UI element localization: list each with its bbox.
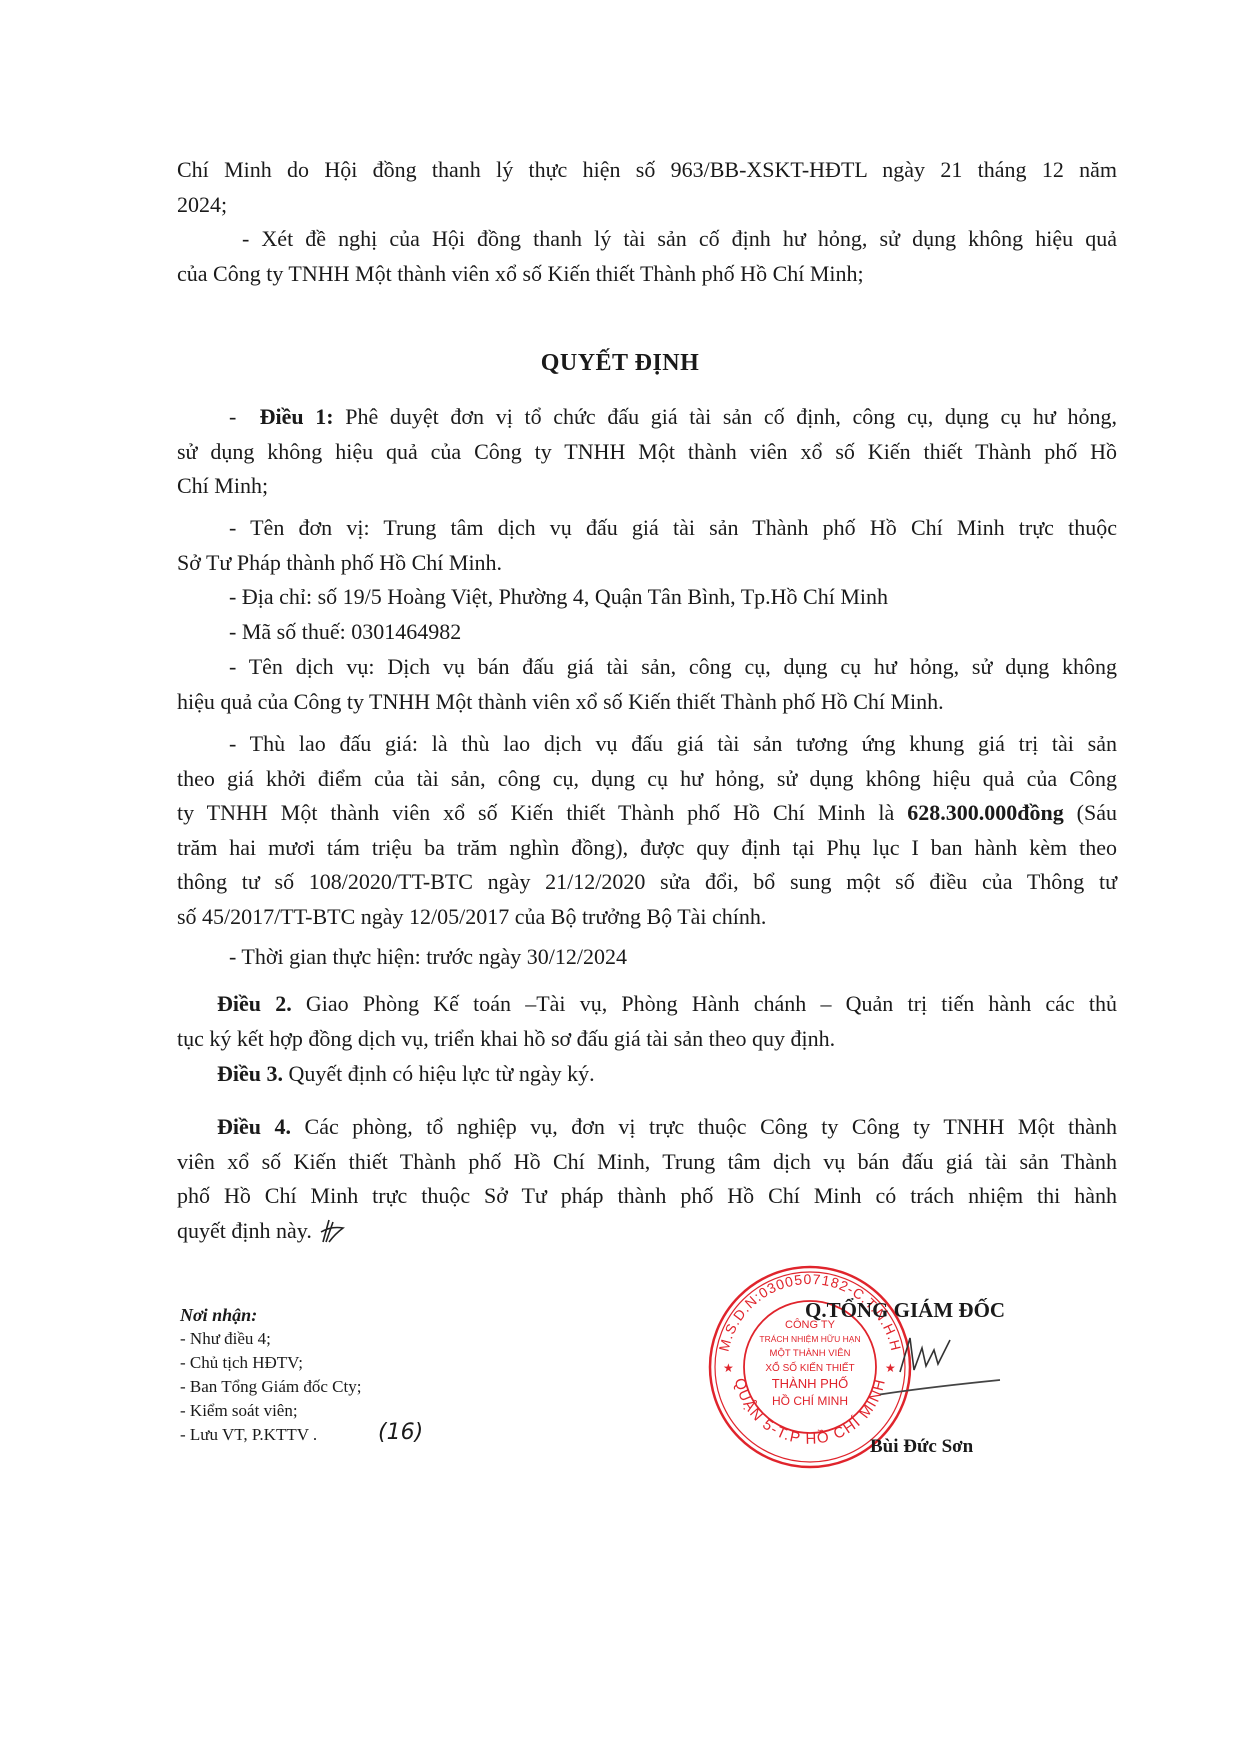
unit-name-line: Sở Tư Pháp thành phố Hồ Chí Minh. <box>177 546 1117 581</box>
article-3-text: Quyết định có hiệu lực từ ngày ký. <box>283 1061 595 1086</box>
unit-name: - Tên đơn vị: Trung tâm dịch vụ đấu giá … <box>177 511 1117 580</box>
auction-fee: - Thù lao đấu giá: là thù lao dịch vụ đấ… <box>177 727 1117 934</box>
document-page: Chí Minh do Hội đồng thanh lý thực hiện … <box>0 0 1240 1738</box>
article-2-text: Giao Phòng Kế toán –Tài vụ, Phòng Hành c… <box>292 991 1117 1016</box>
service-line: - Tên dịch vụ: Dịch vụ bán đấu giá tài s… <box>177 650 1117 685</box>
deadline-line: - Thời gian thực hiện: trước ngày 30/12/… <box>177 940 1117 975</box>
unit-address: - Địa chỉ: số 19/5 Hoàng Việt, Phường 4,… <box>177 580 1117 649</box>
intro-line: của Công ty TNHH Một thành viên xổ số Ki… <box>177 257 1117 292</box>
article-1-text: Phê duyệt đơn vị tổ chức đấu giá tài sản… <box>334 404 1117 429</box>
handwritten-signature-icon <box>880 1330 1030 1410</box>
receivers-heading: Nơi nhận: <box>180 1303 361 1327</box>
deadline: - Thời gian thực hiện: trước ngày 30/12/… <box>177 940 1117 975</box>
handwritten-copy-count: (16) <box>378 1420 423 1445</box>
svg-text:THÀNH PHỐ: THÀNH PHỐ <box>772 1376 849 1391</box>
svg-text:XỔ SỐ KIẾN THIẾT: XỔ SỐ KIẾN THIẾT <box>765 1360 854 1374</box>
article-4-line: quyết định này. <box>177 1218 312 1243</box>
fee-line: thông tư số 108/2020/TT-BTC ngày 21/12/2… <box>177 865 1117 900</box>
intro-line: 2024; <box>177 188 1117 223</box>
service-line: hiệu quả của Công ty TNHH Một thành viên… <box>177 685 1117 720</box>
signer-title: Q.TỔNG GIÁM ĐỐC <box>805 1298 1005 1323</box>
svg-text:HỒ CHÍ MINH: HỒ CHÍ MINH <box>772 1393 848 1408</box>
fee-line: - Thù lao đấu giá: là thù lao dịch vụ đấ… <box>177 727 1117 762</box>
article-4-label: Điều 4. <box>217 1114 291 1139</box>
article-1-dash: - <box>229 404 236 429</box>
service-name: - Tên dịch vụ: Dịch vụ bán đấu giá tài s… <box>177 650 1117 719</box>
receivers-list: Nơi nhận: - Như điều 4; - Chủ tịch HĐTV;… <box>180 1303 361 1447</box>
intro-line: Chí Minh do Hội đồng thanh lý thực hiện … <box>177 153 1117 188</box>
fee-line: theo giá khởi điểm của tài sản, công cụ,… <box>177 762 1117 797</box>
article-1-label: Điều 1: <box>260 404 334 429</box>
article-1: - Điều 1: Phê duyệt đơn vị tổ chức đấu g… <box>177 400 1117 504</box>
fee-line: số 45/2017/TT-BTC ngày 12/05/2017 của Bộ… <box>177 900 1117 935</box>
article-4-text: Các phòng, tổ nghiệp vụ, đơn vị trực thu… <box>291 1114 1117 1139</box>
intro-line: - Xét đề nghị của Hội đồng thanh lý tài … <box>177 222 1117 257</box>
article-4-line: phố Hồ Chí Minh trực thuộc Sở Tư pháp th… <box>177 1179 1117 1214</box>
article-2-label: Điều 2. <box>217 991 292 1016</box>
svg-text:TRÁCH NHIỆM HỮU HẠN: TRÁCH NHIỆM HỮU HẠN <box>759 1334 860 1344</box>
tax-code-line: - Mã số thuế: 0301464982 <box>177 615 1117 650</box>
signer-name: Bùi Đức Sơn <box>870 1436 973 1458</box>
article-2-line: tục ký kết hợp đồng dịch vụ, triển khai … <box>177 1022 1117 1057</box>
intro-paragraph: Chí Minh do Hội đồng thanh lý thực hiện … <box>177 153 1117 291</box>
article-1-line: Chí Minh; <box>177 469 1117 504</box>
svg-text:MỘT THÀNH VIÊN: MỘT THÀNH VIÊN <box>770 1348 851 1359</box>
unit-name-line: - Tên đơn vị: Trung tâm dịch vụ đấu giá … <box>177 511 1117 546</box>
fee-amount: 628.300.000đồng <box>907 800 1063 825</box>
receiver-item: - Kiểm soát viên; <box>180 1399 361 1423</box>
receiver-item: - Ban Tổng Giám đốc Cty; <box>180 1375 361 1399</box>
receiver-item: - Lưu VT, P.KTTV . <box>180 1423 361 1447</box>
article-4: Điều 4. Các phòng, tổ nghiệp vụ, đơn vị … <box>177 1110 1117 1248</box>
article-1-line: sử dụng không hiệu quả của Công ty TNHH … <box>177 435 1117 470</box>
article-4-line: viên xổ số Kiến thiết Thành phố Hồ Chí M… <box>177 1145 1117 1180</box>
fee-line: ty TNHH Một thành viên xổ số Kiến thiết … <box>177 800 907 825</box>
svg-text:★: ★ <box>723 1361 734 1375</box>
decision-title: QUYẾT ĐỊNH <box>0 350 1240 377</box>
article-3-label: Điều 3. <box>217 1061 283 1086</box>
address-line: - Địa chỉ: số 19/5 Hoàng Việt, Phường 4,… <box>177 580 1117 615</box>
receiver-item: - Chủ tịch HĐTV; <box>180 1351 361 1375</box>
handwritten-initial-icon <box>317 1216 347 1246</box>
article-2: Điều 2. Giao Phòng Kế toán –Tài vụ, Phòn… <box>177 987 1117 1056</box>
fee-line: trăm hai mươi tám triệu ba trăm nghìn đồ… <box>177 831 1117 866</box>
receiver-item: - Như điều 4; <box>180 1327 361 1351</box>
article-3: Điều 3. Quyết định có hiệu lực từ ngày k… <box>177 1057 1117 1092</box>
